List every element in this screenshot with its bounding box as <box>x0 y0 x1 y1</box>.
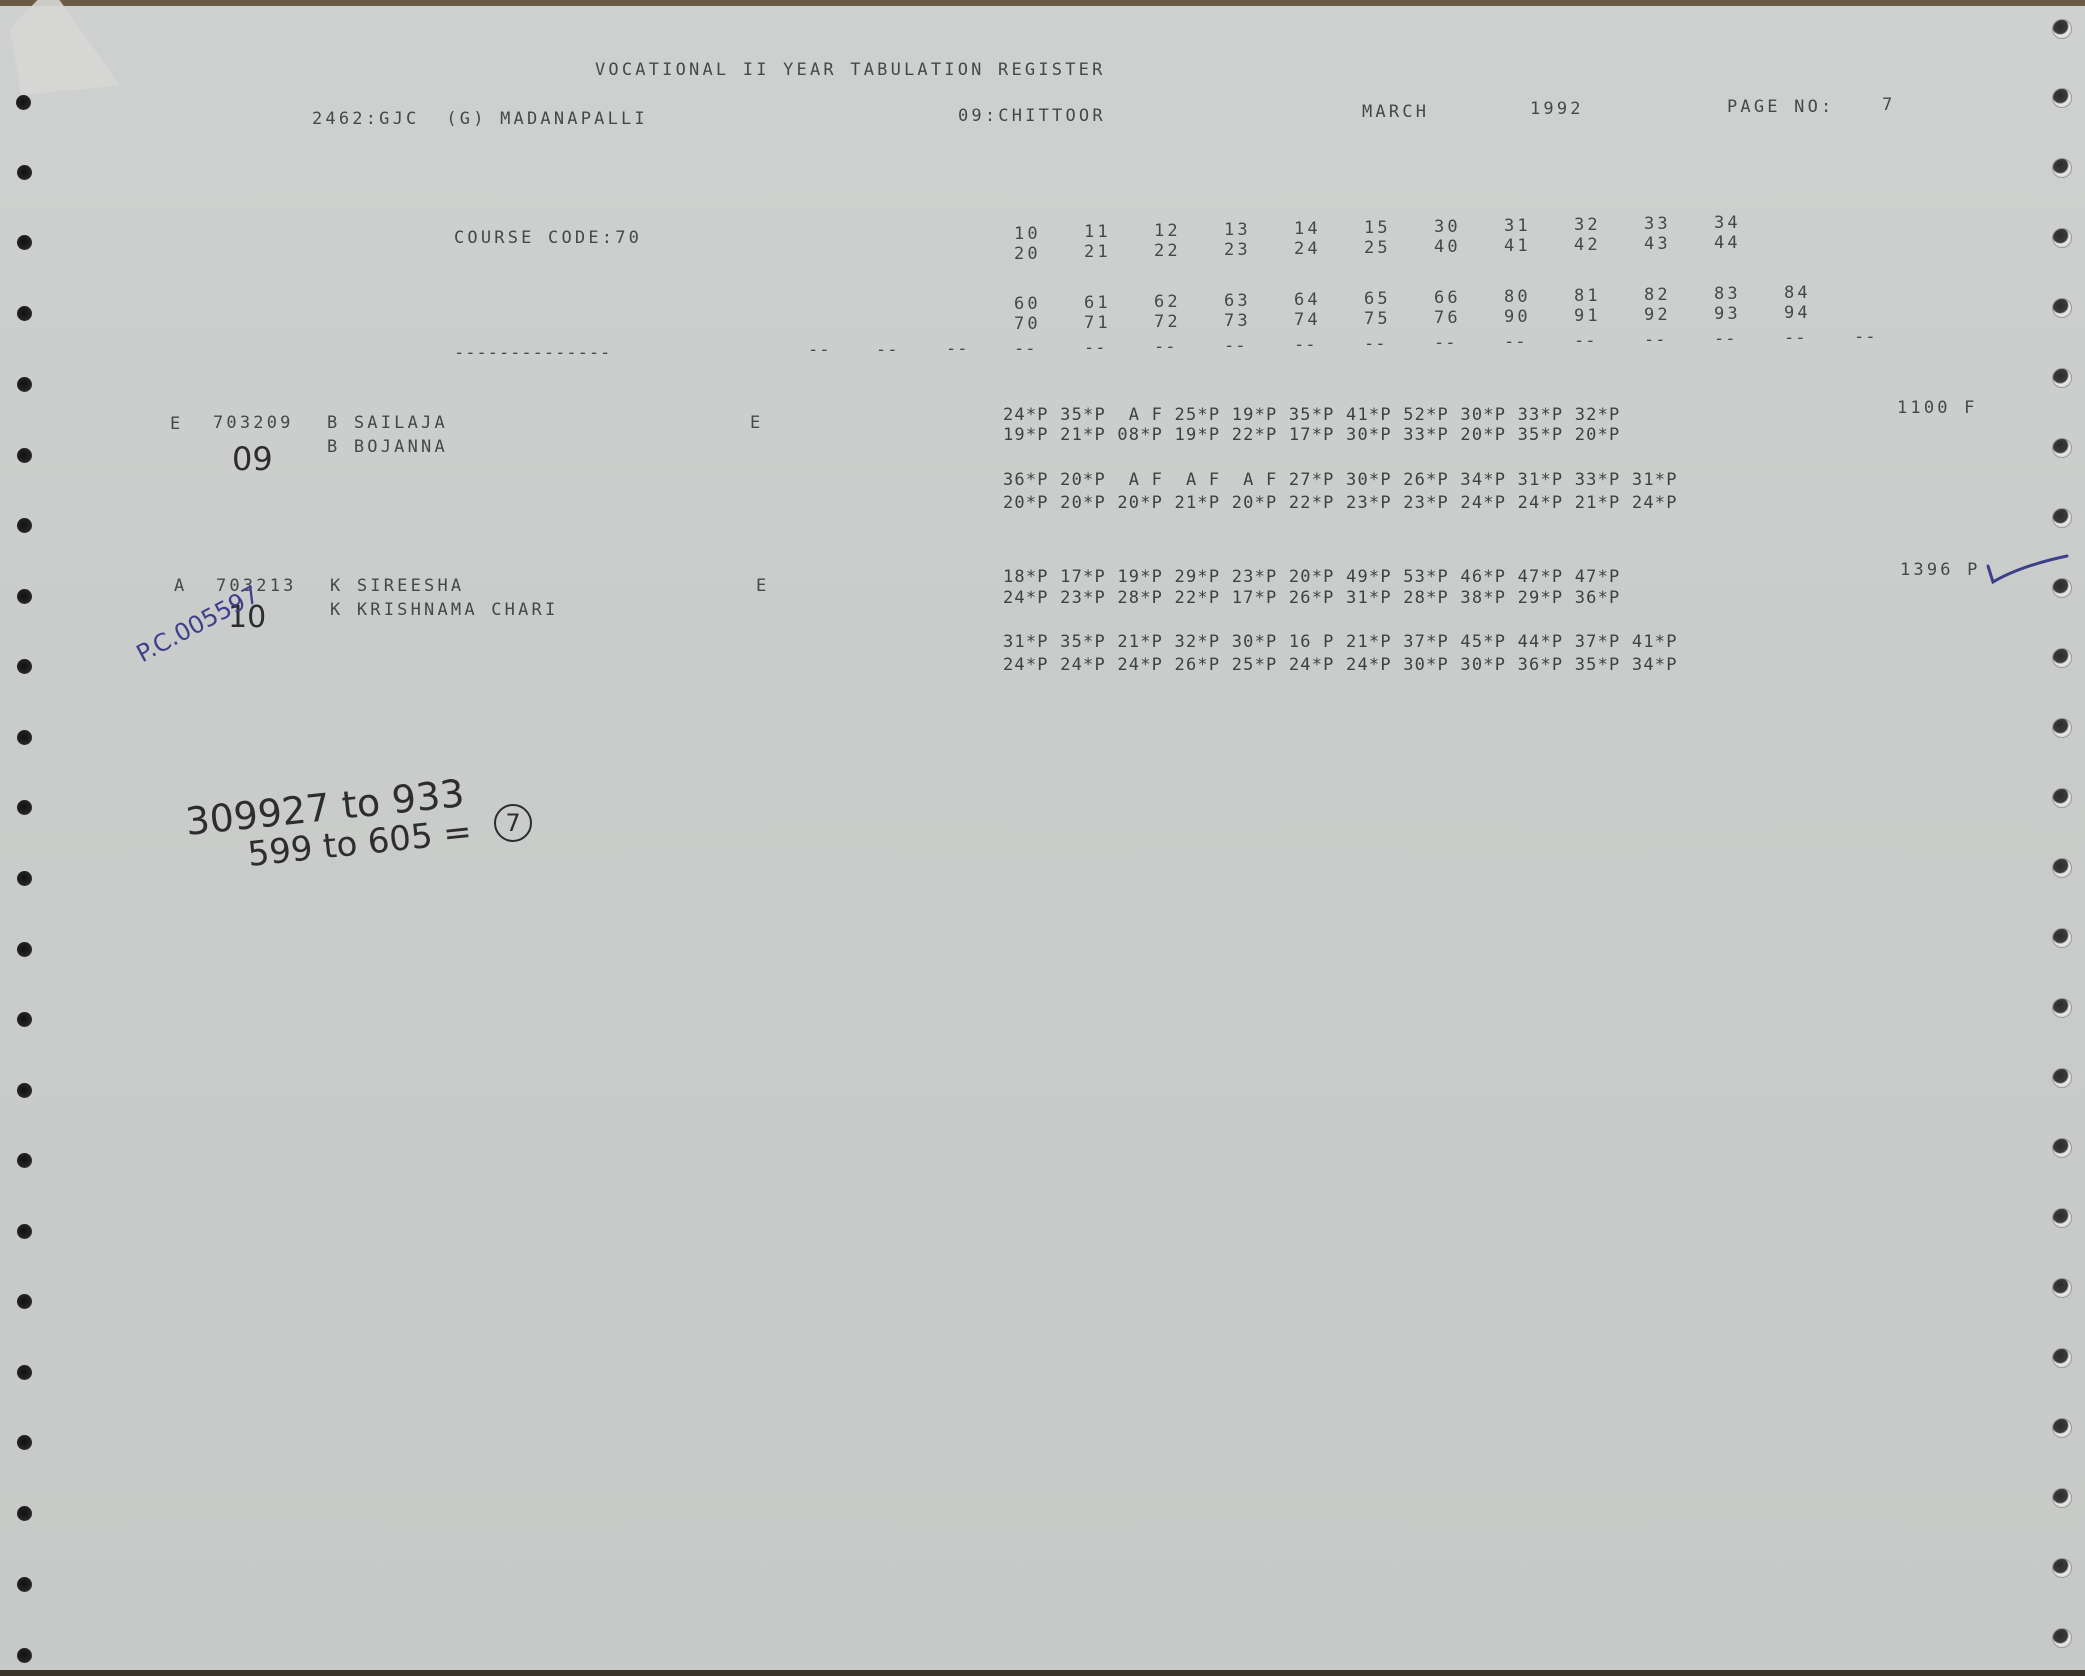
dash-marker: -- <box>1854 327 1876 347</box>
dash-marker: -- <box>1154 337 1176 357</box>
feed-hole-icon <box>17 1153 32 1168</box>
marks-row: 18*P 17*P 19*P 29*P 23*P 20*P 49*P 53*P … <box>1003 567 1620 587</box>
feed-hole-icon <box>17 1577 32 1592</box>
feed-hole-icon <box>17 377 32 392</box>
marks-row: 20*P 20*P 20*P 21*P 20*P 22*P 23*P 23*P … <box>1003 493 1678 513</box>
subject-code: 60 <box>1014 294 1041 314</box>
subject-code: 65 <box>1364 289 1391 309</box>
subject-code: 84 <box>1784 283 1811 303</box>
feed-hole-icon <box>17 1365 32 1380</box>
subject-code: 22 <box>1154 241 1181 261</box>
subject-code: 91 <box>1574 306 1601 326</box>
feed-hole-icon <box>17 942 32 957</box>
feed-hole-icon <box>2052 1138 2072 1158</box>
subject-code: 82 <box>1644 285 1671 305</box>
subject-code: 62 <box>1154 292 1181 312</box>
marks-row: 36*P 20*P A F A F A F 27*P 30*P 26*P 34*… <box>1003 470 1678 490</box>
subject-code: 34 <box>1714 213 1741 233</box>
subject-code: 74 <box>1294 310 1321 330</box>
subject-code: 32 <box>1574 215 1601 235</box>
paper-top-edge <box>0 0 2085 6</box>
subject-code: 94 <box>1784 303 1811 323</box>
feed-hole-icon <box>2052 1348 2072 1368</box>
subject-code: 25 <box>1364 238 1391 258</box>
subject-code: 11 <box>1084 222 1111 242</box>
subject-code: 30 <box>1434 217 1461 237</box>
feed-hole-icon <box>17 1435 32 1450</box>
circled-count: 7 <box>494 804 532 842</box>
total-result: 1396 P <box>1900 560 1981 580</box>
college-code-name: 2462:GJC (G) MADANAPALLI <box>312 109 648 129</box>
feed-hole-icon <box>2052 368 2072 388</box>
subject-code: 43 <box>1644 234 1671 254</box>
subject-code: 10 <box>1014 224 1041 244</box>
feed-hole-icon <box>2052 508 2072 528</box>
parent-name: B BOJANNA <box>327 437 448 457</box>
feed-hole-icon <box>2052 228 2072 248</box>
feed-hole-icon <box>17 1506 32 1521</box>
feed-hole-icon <box>2052 928 2072 948</box>
dash-marker: -- <box>1574 331 1596 351</box>
dash-marker: -- <box>808 340 830 360</box>
subject-code: 75 <box>1364 309 1391 329</box>
feed-hole-icon <box>17 1012 32 1027</box>
subject-code: 92 <box>1644 305 1671 325</box>
feed-hole-icon <box>17 448 32 463</box>
feed-hole-icon <box>17 589 32 604</box>
exam-year: 1992 <box>1530 99 1584 119</box>
feed-hole-icon <box>17 518 32 533</box>
course-code: COURSE CODE:70 <box>454 228 642 248</box>
paper-bottom-edge <box>0 1670 2085 1676</box>
medium: E <box>750 413 763 433</box>
feed-hole-icon <box>2052 1628 2072 1648</box>
subject-code: 23 <box>1224 240 1251 260</box>
feed-hole-icon <box>2052 1488 2072 1508</box>
feed-hole-icon <box>2052 19 2072 39</box>
subject-code: 44 <box>1714 233 1741 253</box>
feed-hole-icon <box>2052 858 2072 878</box>
feed-hole-icon <box>17 165 32 180</box>
feed-hole-icon <box>17 306 32 321</box>
subject-code: 42 <box>1574 235 1601 255</box>
feed-hole-icon <box>2052 298 2072 318</box>
subject-code: 63 <box>1224 291 1251 311</box>
subject-code: 64 <box>1294 290 1321 310</box>
subject-code: 76 <box>1434 308 1461 328</box>
feed-hole-icon <box>2052 788 2072 808</box>
dash-marker: -- <box>1084 338 1106 358</box>
feed-hole-icon <box>17 235 32 250</box>
page-number: 7 <box>1882 95 1895 115</box>
feed-hole-icon <box>17 871 32 886</box>
feed-hole-icon <box>2052 648 2072 668</box>
parent-name: K KRISHNAMA CHARI <box>330 600 558 620</box>
dash-marker: -- <box>1364 334 1386 354</box>
dash-marker: -- <box>1224 336 1246 356</box>
subject-code: 14 <box>1294 219 1321 239</box>
feed-hole-icon <box>2052 718 2072 738</box>
subject-code: 93 <box>1714 304 1741 324</box>
feed-hole-icon <box>2052 998 2072 1018</box>
subject-code: 72 <box>1154 312 1181 332</box>
subject-code: 81 <box>1574 286 1601 306</box>
student-name: K SIREESHA <box>330 576 464 596</box>
marks-row: 24*P 35*P A F 25*P 19*P 35*P 41*P 52*P 3… <box>1003 405 1620 425</box>
feed-hole-icon <box>17 659 32 674</box>
exam-month: MARCH <box>1362 102 1429 122</box>
marks-row: 24*P 23*P 28*P 22*P 17*P 26*P 31*P 28*P … <box>1003 588 1620 608</box>
subject-code: 83 <box>1714 284 1741 304</box>
district: 09:CHITTOOR <box>958 106 1106 126</box>
subject-code: 61 <box>1084 293 1111 313</box>
subject-code: 20 <box>1014 244 1041 264</box>
checkmark-icon <box>1985 552 2070 587</box>
feed-hole-icon <box>2052 1068 2072 1088</box>
subject-code: 71 <box>1084 313 1111 333</box>
feed-hole-icon <box>17 800 32 815</box>
dash-marker: -- <box>1434 333 1456 353</box>
student-category: E <box>170 414 183 434</box>
dash-marker: -- <box>1714 329 1736 349</box>
subject-code: 41 <box>1504 236 1531 256</box>
handwritten-serial: 09 <box>232 440 273 478</box>
feed-hole-icon <box>17 730 32 745</box>
subject-code: 80 <box>1504 287 1531 307</box>
feed-hole-icon <box>2052 1278 2072 1298</box>
dash-marker: -- <box>1014 339 1036 359</box>
feed-hole-icon <box>17 1224 32 1239</box>
feed-hole-icon <box>17 1294 32 1309</box>
subject-code: 24 <box>1294 239 1321 259</box>
feed-hole-icon <box>2052 88 2072 108</box>
dash-marker: -- <box>1784 328 1806 348</box>
subject-code: 21 <box>1084 242 1111 262</box>
feed-hole-icon <box>17 1648 32 1663</box>
feed-hole-icon <box>2052 158 2072 178</box>
dash-marker: -- <box>1294 335 1316 355</box>
feed-hole-icon <box>2052 1208 2072 1228</box>
feed-hole-icon <box>2052 438 2072 458</box>
subject-code: 70 <box>1014 314 1041 334</box>
feed-hole-icon <box>2052 1558 2072 1578</box>
total-result: 1100 F <box>1897 398 1978 418</box>
dash-marker: -- <box>876 340 898 360</box>
student-name: B SAILAJA <box>327 413 448 433</box>
subject-code: 31 <box>1504 216 1531 236</box>
subject-code: 33 <box>1644 214 1671 234</box>
page-label: PAGE NO: <box>1727 97 1834 117</box>
feed-hole-icon <box>2052 1418 2072 1438</box>
dash-marker: -- <box>946 339 968 359</box>
marks-row: 31*P 35*P 21*P 32*P 30*P 16 P 21*P 37*P … <box>1003 632 1678 652</box>
marks-row: 19*P 21*P 08*P 19*P 22*P 17*P 30*P 33*P … <box>1003 425 1620 445</box>
subject-code: 66 <box>1434 288 1461 308</box>
feed-hole-icon <box>16 95 31 110</box>
subject-code: 90 <box>1504 307 1531 327</box>
hall-ticket-number: 703209 <box>213 413 294 433</box>
subject-code: 15 <box>1364 218 1391 238</box>
torn-paper-corner <box>10 0 120 95</box>
marks-row: 24*P 24*P 24*P 26*P 25*P 24*P 24*P 30*P … <box>1003 655 1678 675</box>
name-underline: -------------- <box>454 343 611 363</box>
medium: E <box>756 576 769 596</box>
student-category: A <box>174 576 187 596</box>
subject-code: 12 <box>1154 221 1181 241</box>
subject-code: 73 <box>1224 311 1251 331</box>
feed-hole-icon <box>17 1083 32 1098</box>
register-title: VOCATIONAL II YEAR TABULATION REGISTER <box>595 60 1106 80</box>
subject-code: 13 <box>1224 220 1251 240</box>
dash-marker: -- <box>1644 330 1666 350</box>
subject-code: 40 <box>1434 237 1461 257</box>
dash-marker: -- <box>1504 332 1526 352</box>
